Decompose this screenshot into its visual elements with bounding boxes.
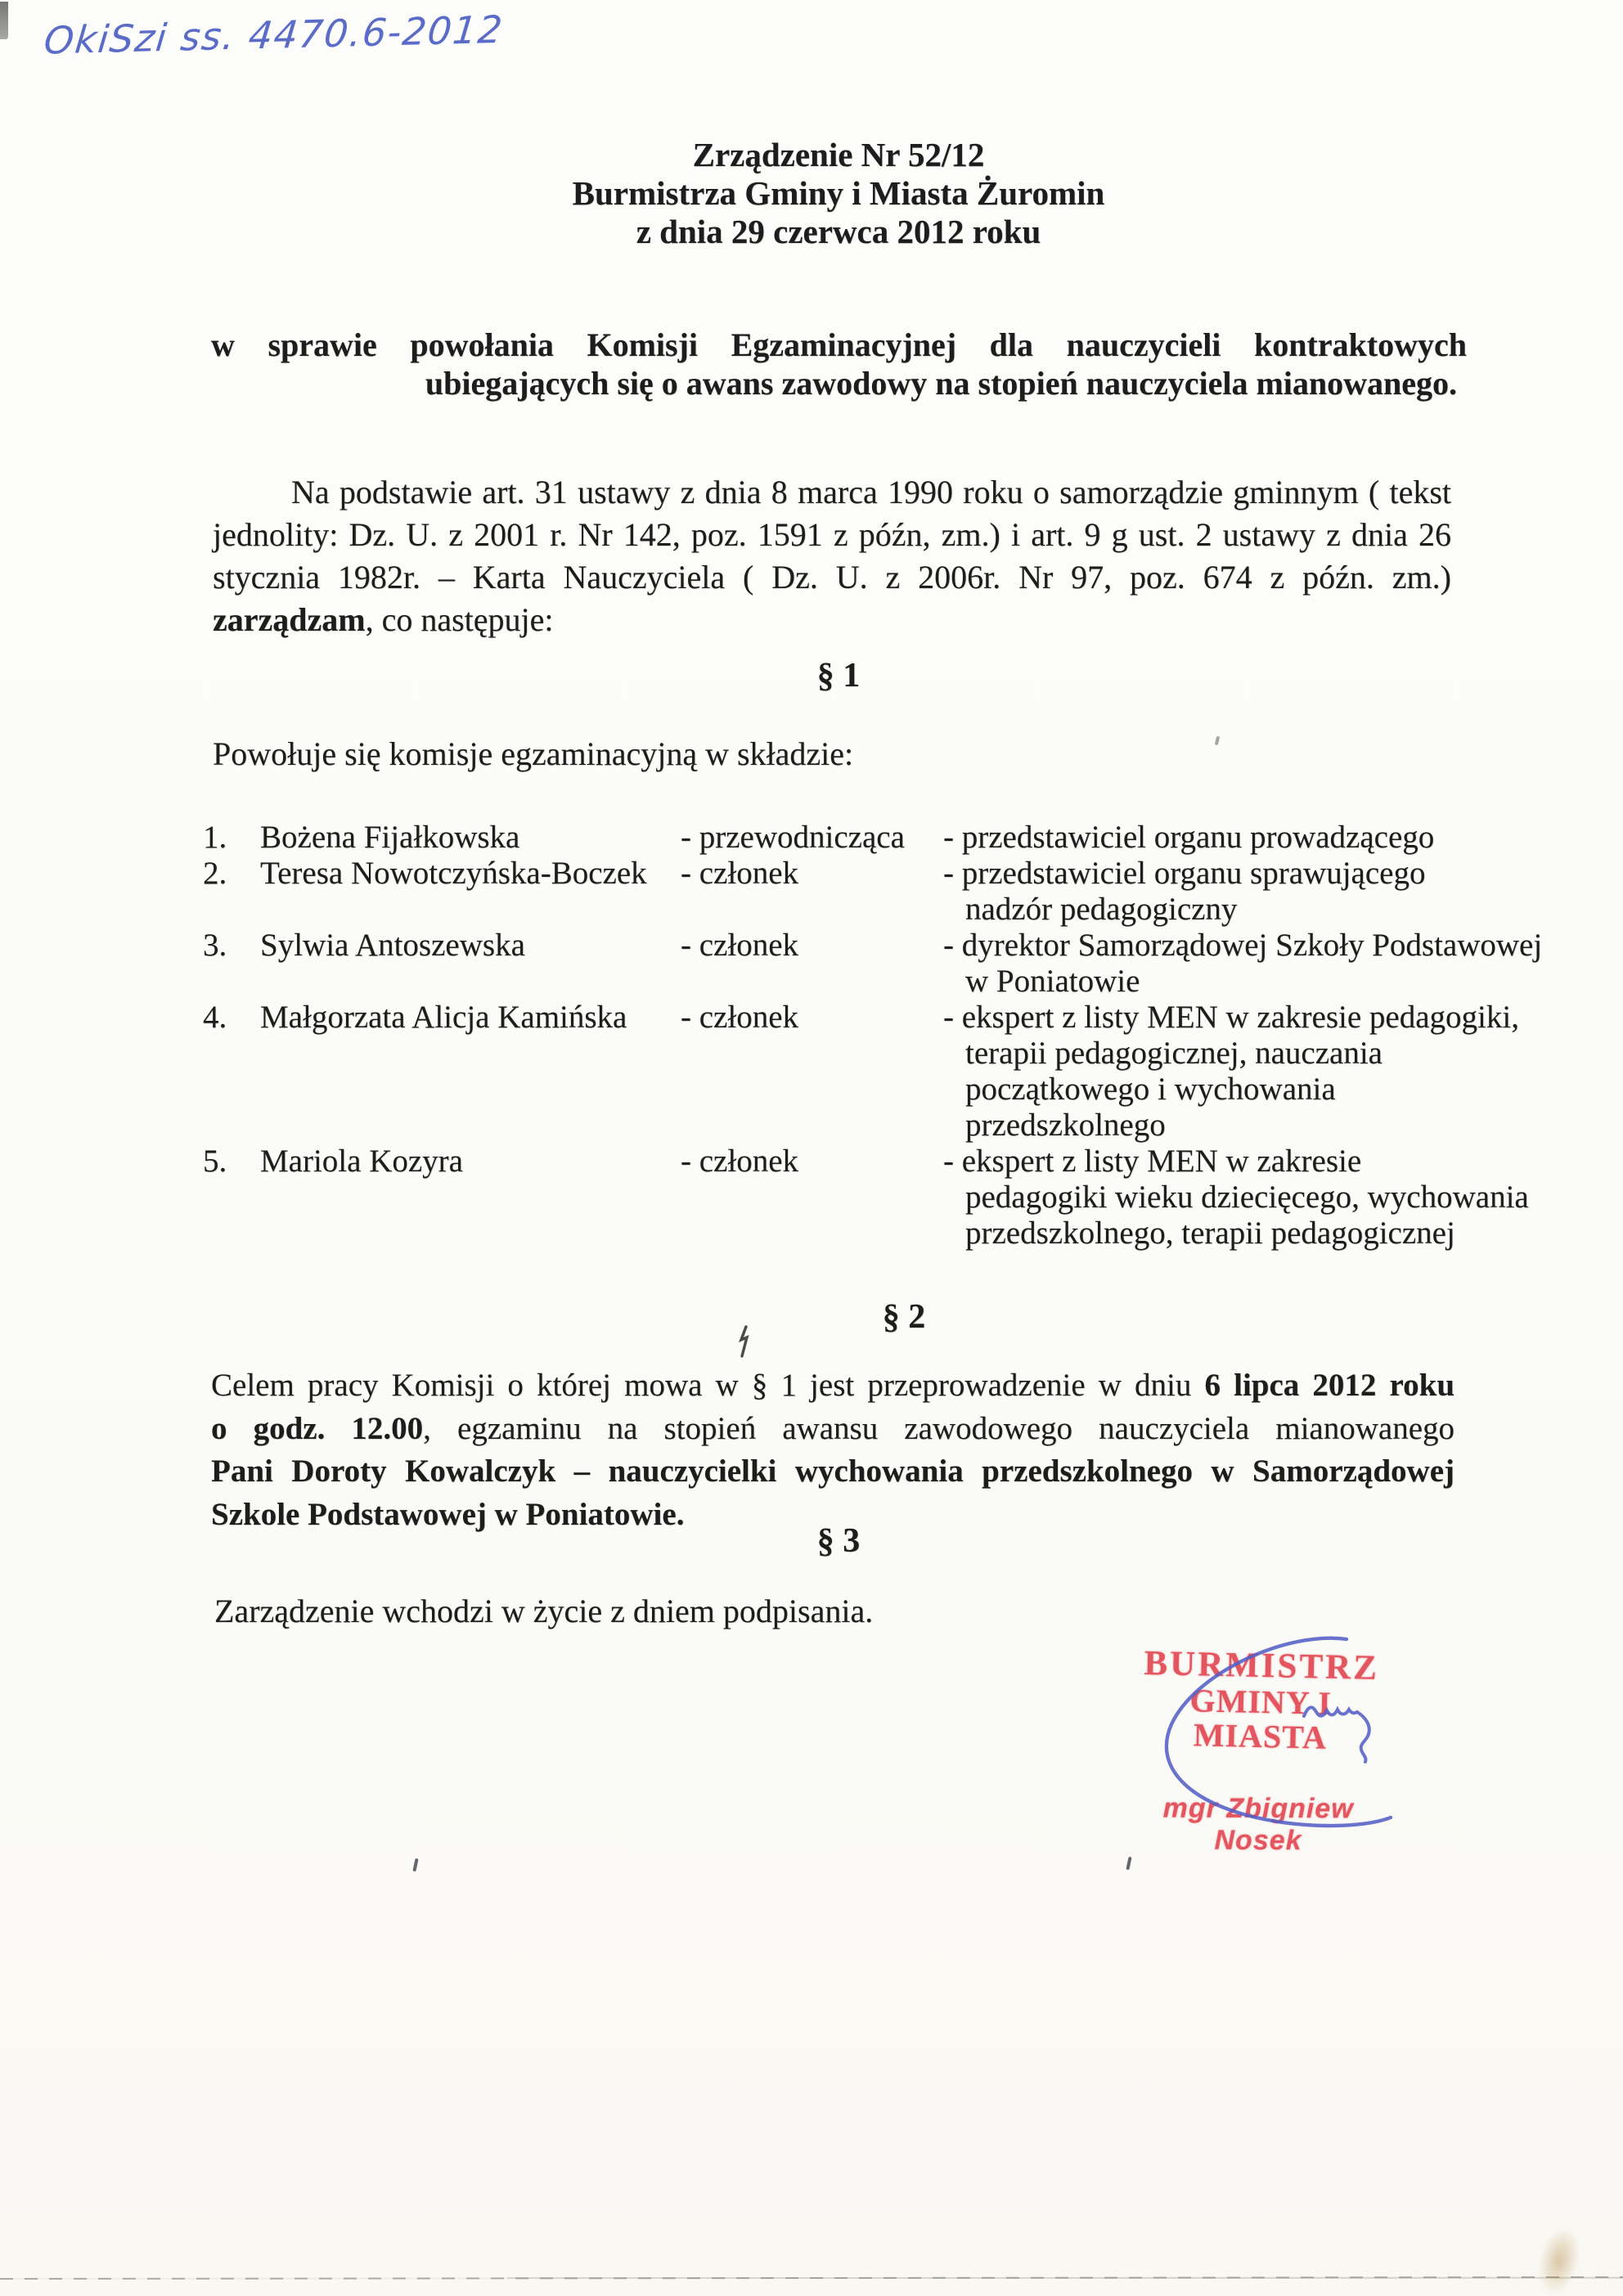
signature-curve bbox=[1167, 1638, 1391, 1826]
subject-line-1: w sprawie powołania Komisji Egzaminacyjn… bbox=[211, 326, 1467, 364]
section-3-header: § 3 bbox=[54, 1521, 1623, 1561]
member-role: - członek bbox=[681, 1000, 943, 1036]
ink-blot-artifact bbox=[737, 1325, 753, 1359]
member-description: - przedstawiciel organu prowadzącego bbox=[943, 820, 1577, 856]
section-1-header: § 1 bbox=[54, 656, 1623, 695]
member-desc-line: pedagogiki wieku dziecięcego, wychowania bbox=[943, 1179, 1577, 1215]
handwritten-case-number: OkiSzi ss. 4470.6-2012 bbox=[42, 4, 618, 62]
title-line-1: Zrządzenie Nr 52/12 bbox=[54, 136, 1623, 174]
legal-basis-tail: , co następuje: bbox=[366, 601, 554, 638]
paragraph-line: o godz. 12.00, egzaminu na stopień awans… bbox=[211, 1408, 1454, 1451]
member-role: - członek bbox=[681, 928, 943, 964]
member-row-4: 4. Małgorzata Alicja Kamińska - członek … bbox=[203, 1000, 1577, 1144]
member-name: Małgorzata Alicja Kamińska bbox=[260, 1000, 681, 1036]
title-line-3: z dnia 29 czerwca 2012 roku bbox=[54, 213, 1623, 251]
member-row-3: 3. Sylwia Antoszewska - członek - dyrekt… bbox=[203, 928, 1577, 1000]
member-row-1: 1. Bożena Fijałkowska - przewodnicząca -… bbox=[203, 820, 1577, 856]
effective-date-line: Zarządzenie wchodzi w życie z dniem podp… bbox=[214, 1592, 873, 1630]
paragraph-line: Celem pracy Komisji o której mowa w § 1 … bbox=[211, 1364, 1454, 1408]
member-number: 1. bbox=[203, 820, 260, 856]
member-desc-line: - przedstawiciel organu prowadzącego bbox=[943, 820, 1577, 856]
paper-smudge-artifact bbox=[1532, 2222, 1587, 2296]
committee-list: 1. Bożena Fijałkowska - przewodnicząca -… bbox=[203, 820, 1577, 1251]
paragraph-bold-text: 6 lipca 2012 roku bbox=[1205, 1368, 1455, 1403]
member-description: - przedstawiciel organu sprawującego nad… bbox=[943, 856, 1577, 928]
member-description: - ekspert z listy MEN w zakresie pedagog… bbox=[943, 1000, 1577, 1144]
member-role: - przewodnicząca bbox=[681, 820, 943, 856]
subject-line-2: ubiegających się o awans zawodowy na sto… bbox=[211, 364, 1467, 402]
member-row-5: 5. Mariola Kozyra - członek - ekspert z … bbox=[203, 1144, 1577, 1251]
paragraph-line: Pani Doroty Kowalczyk – nauczycielki wyc… bbox=[211, 1450, 1454, 1494]
paragraph-bold-text: o godz. 12.00 bbox=[211, 1411, 423, 1446]
legal-basis-text: Na podstawie art. 31 ustawy z dnia 8 mar… bbox=[213, 474, 1451, 595]
member-description: - dyrektor Samorządowej Szkoły Podstawow… bbox=[943, 928, 1577, 1000]
document-title: Zrządzenie Nr 52/12 Burmistrza Gminy i M… bbox=[54, 136, 1623, 251]
member-desc-line: terapii pedagogicznej, nauczania bbox=[943, 1036, 1577, 1072]
member-name: Sylwia Antoszewska bbox=[260, 928, 681, 964]
member-desc-line: - ekspert z listy MEN w zakresie bbox=[943, 1144, 1577, 1179]
legal-basis-bold: zarządzam bbox=[213, 601, 366, 638]
member-number: 5. bbox=[203, 1144, 260, 1179]
member-role: - członek bbox=[681, 856, 943, 892]
member-description: - ekspert z listy MEN w zakresie pedagog… bbox=[943, 1144, 1577, 1251]
member-number: 2. bbox=[203, 856, 260, 892]
member-number: 4. bbox=[203, 1000, 260, 1036]
member-desc-line: - ekspert z listy MEN w zakresie pedagog… bbox=[943, 1000, 1577, 1036]
member-desc-line: początkowego i wychowania bbox=[943, 1072, 1577, 1108]
scanned-document-page: OkiSzi ss. 4470.6-2012 Zrządzenie Nr 52/… bbox=[0, 0, 1623, 2296]
member-name: Mariola Kozyra bbox=[260, 1144, 681, 1179]
member-desc-line: przedszkolnego bbox=[943, 1108, 1577, 1144]
scan-bottom-line-fade bbox=[507, 2277, 1623, 2279]
paragraph-bold-text: Pani Doroty Kowalczyk – nauczycielki wyc… bbox=[211, 1454, 1454, 1489]
ink-tick-artifact bbox=[1126, 1857, 1131, 1870]
legal-basis-paragraph: Na podstawie art. 31 ustawy z dnia 8 mar… bbox=[213, 471, 1451, 641]
paragraph-text: , egzaminu na stopień awansu zawodowego … bbox=[423, 1411, 1454, 1446]
section-2-header: § 2 bbox=[119, 1297, 1623, 1337]
subject-clause: w sprawie powołania Komisji Egzaminacyjn… bbox=[211, 326, 1467, 402]
ink-tick-artifact bbox=[412, 1858, 418, 1871]
member-name: Bożena Fijałkowska bbox=[260, 820, 681, 856]
member-desc-line: nadzór pedagogiczny bbox=[943, 892, 1577, 928]
member-name: Teresa Nowotczyńska-Boczek bbox=[260, 856, 681, 892]
member-desc-line: w Poniatowie bbox=[943, 964, 1577, 1000]
member-desc-line: - dyrektor Samorządowej Szkoły Podstawow… bbox=[943, 928, 1577, 964]
committee-intro: Powołuje się komisje egzaminacyjną w skł… bbox=[213, 735, 853, 773]
member-number: 3. bbox=[203, 928, 260, 964]
paragraph-text: Celem pracy Komisji o której mowa w § 1 … bbox=[211, 1368, 1205, 1403]
member-desc-line: przedszkolnego, terapii pedagogicznej bbox=[943, 1215, 1577, 1251]
signature-squiggle bbox=[1304, 1707, 1369, 1762]
signature-scribble bbox=[1135, 1620, 1414, 1849]
section-2-paragraph: Celem pracy Komisji o której mowa w § 1 … bbox=[211, 1364, 1454, 1536]
member-row-2: 2. Teresa Nowotczyńska-Boczek - członek … bbox=[203, 856, 1577, 928]
title-line-2: Burmistrza Gminy i Miasta Żuromin bbox=[54, 174, 1623, 213]
scan-edge-artifact bbox=[0, 2, 8, 39]
member-role: - członek bbox=[681, 1144, 943, 1179]
scan-speck-artifact bbox=[1215, 736, 1221, 746]
member-desc-line: - przedstawiciel organu sprawującego bbox=[943, 856, 1577, 892]
